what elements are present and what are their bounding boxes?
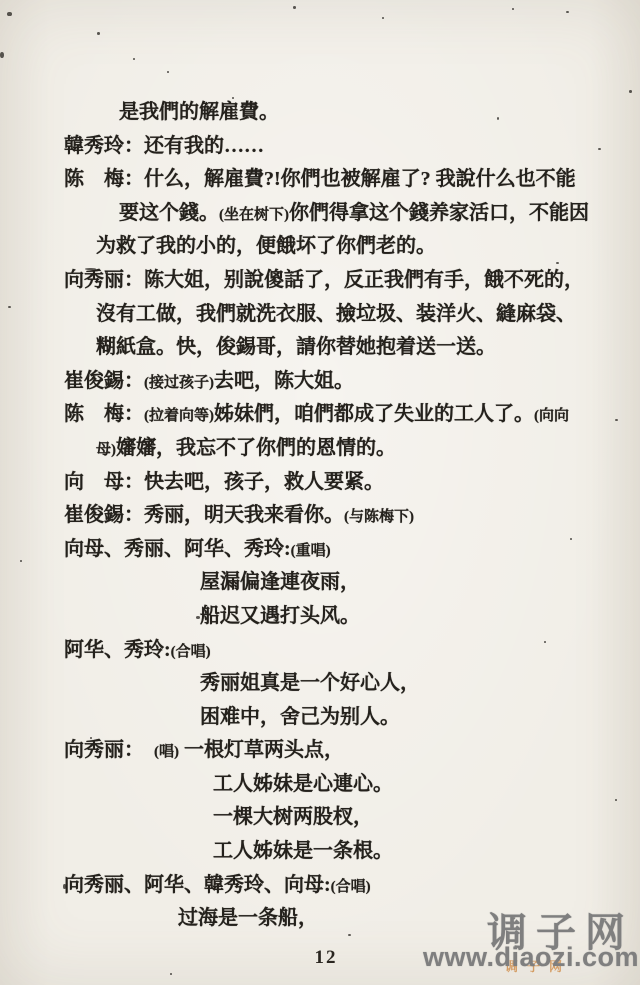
script-line: 陈 梅：(拉着向等)姊妹們，咱們都成了失业的工人了。(向向	[0, 398, 640, 432]
dialogue-text: 沒有工做，我們就洗衣服、撿垃圾、装洋火、縫麻袋、	[96, 303, 576, 325]
stage-direction: (唱)	[154, 744, 179, 760]
script-line: 工人姊妹是心連心。	[0, 768, 640, 802]
ink-speck	[90, 737, 92, 739]
dialogue-text: 向秀丽：陈大姐，别說傻話了，反正我們有手，餓不死的，	[64, 269, 584, 291]
ink-speck	[566, 11, 569, 13]
ink-speck	[556, 262, 559, 264]
script-line: 韓秀玲：还有我的……	[0, 130, 640, 164]
ink-speck	[544, 641, 546, 643]
dialogue-text: 是我們的解雇費。	[119, 101, 279, 123]
ink-speck	[512, 8, 514, 10]
dialogue-text: 困难中，舍己为别人。	[200, 706, 400, 728]
ink-speck	[348, 934, 351, 936]
dialogue-text: 你們得拿这个錢养家活口，不能因	[289, 202, 589, 224]
script-line: 母)嬸嬸，我忘不了你們的恩情的。	[0, 432, 640, 466]
script-line: 阿华、秀玲:(合唱)	[0, 634, 640, 668]
dialogue-text: 过海是一条船，	[178, 907, 318, 929]
stage-direction: (向向	[534, 408, 569, 424]
script-line: 向秀丽： (唱) 一根灯草两头点，	[0, 734, 640, 768]
script-line: 屋漏偏逢連夜雨，	[0, 566, 640, 600]
ink-speck	[629, 90, 632, 93]
script-line: 崔俊錫：秀丽，明天我来看你。(与陈梅下)	[0, 499, 640, 533]
ink-speck	[105, 271, 108, 274]
script-line: 为救了我的小的，便餓坏了你們老的。	[0, 230, 640, 264]
dialogue-text: 为救了我的小的，便餓坏了你們老的。	[96, 235, 436, 257]
dialogue-text: 一棵大树两股杈，	[213, 806, 373, 828]
stage-direction: (重唱)	[291, 543, 331, 559]
script-line: 要这个錢。(坐在树下)你們得拿这个錢养家活口，不能因	[0, 197, 640, 231]
stage-direction: (拉着向等)	[144, 408, 214, 424]
page-number: 12	[296, 947, 356, 969]
script-line: 向 母：快去吧，孩子，救人要紧。	[0, 466, 640, 500]
ink-speck	[232, 97, 234, 99]
dialogue-text: 嬸嬸，我忘不了你們的恩情的。	[116, 437, 396, 459]
ink-speck	[20, 560, 22, 562]
ink-speck	[570, 538, 572, 540]
stage-direction: 母)	[96, 442, 116, 458]
stage-direction: (合唱)	[171, 644, 211, 660]
script-line: 糊紙盒。快，俊錫哥，請你替她抱着送一送。	[0, 331, 640, 365]
stage-direction: (合唱)	[331, 879, 371, 895]
ink-speck	[63, 884, 66, 889]
watermark-site-url: www.diaozi.com	[423, 942, 639, 973]
script-line: 困难中，舍己为别人。	[0, 701, 640, 735]
dialogue-text: 船迟又遇打头风。	[200, 605, 360, 627]
dialogue-text: 去吧，陈大姐。	[214, 370, 354, 392]
dialogue-text: 姊妹們，咱們都成了失业的工人了。	[214, 403, 534, 425]
script-line: 船迟又遇打头风。	[0, 600, 640, 634]
dialogue-text: 向秀丽、阿华、韓秀玲、向母:	[64, 874, 331, 896]
ink-speck	[293, 6, 296, 9]
dialogue-text: 陈 梅：什么，解雇費?!你們也被解雇了? 我說什么也不能	[64, 168, 576, 190]
script-line: 向母、秀丽、阿华、秀玲:(重唱)	[0, 533, 640, 567]
script-line: 一棵大树两股杈，	[0, 801, 640, 835]
dialogue-text: 要这个錢。	[119, 202, 219, 224]
ink-speck	[382, 17, 384, 19]
ink-speck	[85, 268, 96, 270]
dialogue-text: 向母、秀丽、阿华、秀玲:	[64, 538, 291, 560]
dialogue-text: 工人姊妹是一条根。	[213, 840, 393, 862]
script-line: 向秀丽：陈大姐，别說傻話了，反正我們有手，餓不死的，	[0, 264, 640, 298]
dialogue-text: 韓秀玲：还有我的……	[64, 135, 264, 157]
stage-direction: (接过孩子)	[144, 375, 214, 391]
dialogue-text: 崔俊錫：秀丽，明天我来看你。	[64, 504, 344, 526]
ink-speck	[615, 799, 617, 801]
ink-speck	[8, 306, 11, 308]
script-line: 工人姊妹是一条根。	[0, 835, 640, 869]
script-line: 沒有工做，我們就洗衣服、撿垃圾、装洋火、縫麻袋、	[0, 298, 640, 332]
ink-speck	[7, 12, 12, 16]
ink-speck	[170, 973, 172, 975]
stage-direction: (与陈梅下)	[344, 509, 414, 525]
dialogue-text: 工人姊妹是心連心。	[213, 773, 393, 795]
dialogue-text: 秀丽姐真是一个好心人，	[200, 672, 420, 694]
dialogue-text: 糊紙盒。快，俊錫哥，請你替她抱着送一送。	[96, 336, 496, 358]
ink-speck	[0, 52, 4, 58]
ink-speck	[598, 148, 601, 150]
dialogue-text: 一根灯草两头点，	[179, 739, 344, 761]
ink-speck	[615, 419, 618, 421]
script-line: 秀丽姐真是一个好心人，	[0, 667, 640, 701]
script-line: 向秀丽、阿华、韓秀玲、向母:(合唱)	[0, 869, 640, 903]
dialogue-text: 阿华、秀玲:	[64, 639, 171, 661]
dialogue-text: 崔俊錫：	[64, 370, 144, 392]
dialogue-text: 陈 梅：	[64, 403, 144, 425]
ink-speck	[97, 32, 100, 35]
script-line: 陈 梅：什么，解雇費?!你們也被解雇了? 我說什么也不能	[0, 163, 640, 197]
ink-speck	[167, 71, 169, 73]
ink-speck	[497, 117, 499, 120]
stage-direction: (坐在树下)	[219, 207, 289, 223]
dialogue-text: 屋漏偏逢連夜雨，	[200, 571, 360, 593]
dialogue-text: 向秀丽：	[64, 739, 154, 761]
script-line: 是我們的解雇費。	[0, 96, 640, 130]
ink-speck	[133, 58, 135, 60]
script-line: 崔俊錫：(接过孩子)去吧，陈大姐。	[0, 365, 640, 399]
ink-speck	[196, 616, 200, 619]
dialogue-text: 向 母：快去吧，孩子，救人要紧。	[64, 471, 384, 493]
script-text-block: 是我們的解雇費。韓秀玲：还有我的……陈 梅：什么，解雇費?!你們也被解雇了? 我…	[0, 96, 640, 936]
